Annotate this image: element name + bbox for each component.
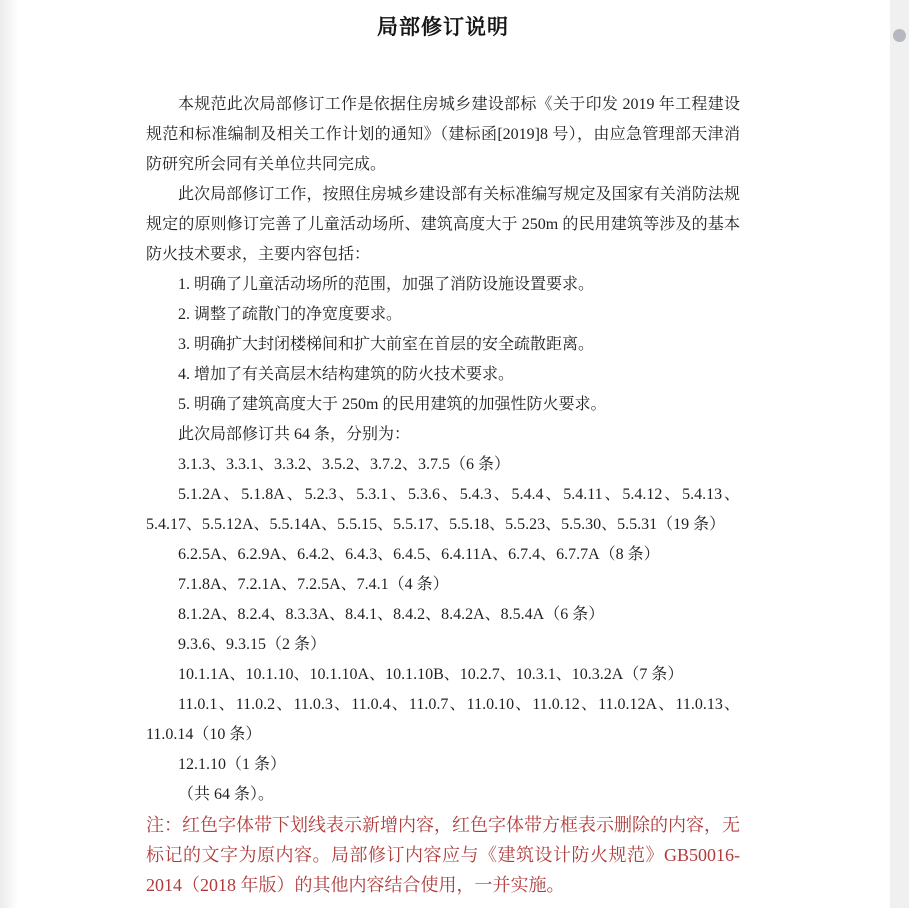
list-item: 1. 明确了儿童活动场所的范围，加强了消防设施设置要求。 xyxy=(146,270,740,300)
page-title: 局部修订说明 xyxy=(146,12,740,42)
clause-line: 9.3.6、9.3.15（2 条） xyxy=(146,630,740,660)
document-page: 局部修订说明 本规范此次局部修订工作是依据住房城乡建设部标《关于印发 2019 … xyxy=(0,0,909,908)
clause-line: 6.2.5A、6.2.9A、6.4.2、6.4.3、6.4.5、6.4.11A、… xyxy=(146,540,740,570)
paragraph-basis: 本规范此次局部修订工作是依据住房城乡建设部标《关于印发 2019 年工程建设规范… xyxy=(146,90,740,180)
clause-line: 11.0.1、11.0.2、11.0.3、11.0.4、11.0.7、11.0.… xyxy=(146,690,740,750)
clause-count-line: 此次局部修订共 64 条，分别为： xyxy=(146,420,740,450)
document-content: 局部修订说明 本规范此次局部修订工作是依据住房城乡建设部标《关于印发 2019 … xyxy=(146,12,740,900)
clause-line: 3.1.3、3.3.1、3.3.2、3.5.2、3.7.2、3.7.5（6 条） xyxy=(146,450,740,480)
revision-note: 注：红色字体带下划线表示新增内容，红色字体带方框表示删除的内容，无标记的文字为原… xyxy=(146,810,740,900)
page-edge-shadow xyxy=(0,0,18,908)
clause-line: 12.1.10（1 条） xyxy=(146,750,740,780)
list-item: 3. 明确扩大封闭楼梯间和扩大前室在首层的安全疏散距离。 xyxy=(146,330,740,360)
paragraph-scope: 此次局部修订工作，按照住房城乡建设部有关标准编写规定及国家有关消防法规规定的原则… xyxy=(146,180,740,270)
scrollbar-thumb[interactable] xyxy=(893,29,906,42)
clause-line: 10.1.1A、10.1.10、10.1.10A、10.1.10B、10.2.7… xyxy=(146,660,740,690)
scrollbar-track[interactable] xyxy=(890,0,909,908)
clause-line: 7.1.8A、7.2.1A、7.2.5A、7.4.1（4 条） xyxy=(146,570,740,600)
clause-line: 5.1.2A、5.1.8A、5.2.3、5.3.1、5.3.6、5.4.3、5.… xyxy=(146,480,740,540)
clause-line: 8.1.2A、8.2.4、8.3.3A、8.4.1、8.4.2、8.4.2A、8… xyxy=(146,600,740,630)
list-item: 5. 明确了建筑高度大于 250m 的民用建筑的加强性防火要求。 xyxy=(146,390,740,420)
clause-line: （共 64 条）。 xyxy=(146,780,740,810)
list-item: 2. 调整了疏散门的净宽度要求。 xyxy=(146,300,740,330)
list-item: 4. 增加了有关高层木结构建筑的防火技术要求。 xyxy=(146,360,740,390)
